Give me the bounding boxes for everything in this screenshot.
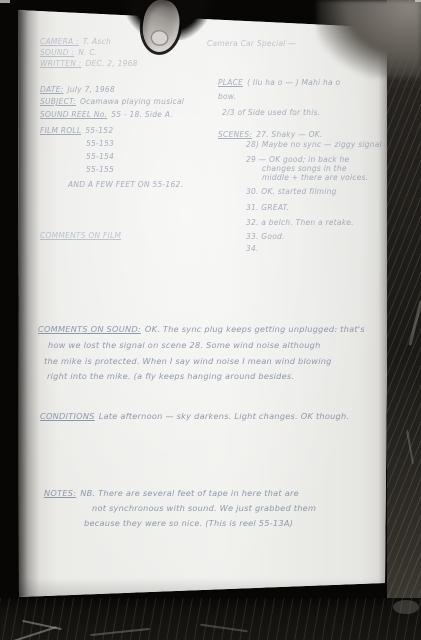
- film-roll-line: FILM ROLL 55-152: [40, 127, 113, 135]
- notes-line: because they were so nice. (This is reel…: [84, 519, 293, 527]
- ground-bottom-strip: [0, 598, 421, 640]
- scene-line: 30. OK. started filming: [246, 188, 337, 196]
- film-roll-cont-0: 55-153: [86, 140, 114, 148]
- sound-reel-line: SOUND REEL No. 55 - 18. Side A.: [40, 111, 173, 119]
- scene-line-34: 34.: [246, 245, 259, 253]
- film-roll-value: 55-152: [85, 127, 113, 135]
- camera-label: CAMERA :: [40, 38, 79, 46]
- scene-line: 29 — OK good; in back he: [246, 156, 349, 164]
- film-roll-label: FILM ROLL: [40, 127, 81, 135]
- scene-line: 33. Good.: [246, 233, 285, 241]
- sound-value: N. C.: [78, 49, 97, 57]
- comments-sound-line: the mike is protected. When I say wind n…: [44, 357, 332, 365]
- place-value: ( Ilu ha o — ) Mahi ha o: [247, 79, 340, 87]
- comments-film-line: COMMENTS ON FILM: [40, 232, 121, 240]
- place-line: PLACE ( Ilu ha o — ) Mahi ha o: [218, 79, 340, 87]
- scene-line: 34.: [246, 245, 259, 253]
- scenes-label: SCENES:: [218, 131, 252, 139]
- film-roll-cont: 55-154: [86, 153, 114, 161]
- corner-sliver: [0, 0, 10, 3]
- written-value: DEC. 2, 1968: [86, 60, 138, 68]
- written-label: WRITTEN :: [40, 60, 82, 68]
- subject-continuation: bow.: [218, 93, 236, 101]
- camera-value: T. Asch: [83, 38, 111, 46]
- scene-line-28: 28) Maybe no sync — ziggy signal: [246, 141, 382, 149]
- scene-line-30: 30. OK. started filming: [246, 188, 337, 196]
- scene-line-29-wrap1: changes songs in the: [262, 165, 347, 173]
- notes-label: NOTES:: [44, 489, 76, 497]
- notes-line-0: NB. There are several feet of tape in he…: [80, 489, 299, 497]
- film-roll-extra-line: AND A FEW FEET ON 55-162.: [68, 181, 183, 189]
- film-roll-cont-1: 55-154: [86, 153, 114, 161]
- sound-reel-label: SOUND REEL No.: [40, 111, 107, 119]
- scene-line: 28) Maybe no sync — ziggy signal: [246, 141, 382, 149]
- film-roll-cont-2: 55-155: [86, 166, 114, 174]
- comments-sound-line-1: how we lost the signal on scene 28. Some…: [48, 341, 321, 349]
- camera-line: CAMERA : T. Asch: [40, 38, 111, 46]
- scene-line-32: 32. a belch. Then a retake.: [246, 219, 354, 227]
- scene-line-27: 27. Shaky — OK.: [256, 131, 322, 139]
- scene-line-29: 29 — OK good; in back he: [246, 156, 349, 164]
- photograph-of-notebook: CAMERA : T. Asch SOUND : N. C. WRITTEN :…: [0, 0, 421, 640]
- comments-sound-header: COMMENTS ON SOUND: OK. The sync plug kee…: [38, 325, 365, 333]
- conditions-label: CONDITIONS: [40, 412, 95, 420]
- handwriting-layer: CAMERA : T. Asch SOUND : N. C. WRITTEN :…: [0, 0, 421, 640]
- sound-reel-value: 55 - 18. Side A.: [111, 111, 173, 119]
- comments-film-label: COMMENTS ON FILM: [40, 232, 121, 240]
- conditions-line: CONDITIONS Late afternoon — sky darkens.…: [40, 412, 349, 420]
- date-line: DATE: July 7, 1968: [40, 86, 115, 94]
- comments-sound-label: COMMENTS ON SOUND:: [38, 325, 141, 333]
- subject-cont-text: bow.: [218, 93, 236, 101]
- scene-line-31: 31. GREAT.: [246, 204, 289, 212]
- notes-header: NOTES: NB. There are several feet of tap…: [44, 489, 299, 497]
- film-roll-cont: 55-155: [86, 166, 114, 174]
- comments-sound-line-3: right into the mike. (a fly keeps hangin…: [47, 372, 294, 380]
- corner-sliver: [415, 0, 421, 2]
- film-roll-extra-text: AND A FEW FEET ON 55-162.: [68, 181, 183, 189]
- thumb-nail: [150, 29, 170, 47]
- conditions-text: Late afternoon — sky darkens. Light chan…: [99, 412, 350, 420]
- scenes-header-line: SCENES: 27. Shaky — OK.: [218, 131, 323, 139]
- subject-label: SUBJECT:: [40, 98, 76, 106]
- sound-line: SOUND : N. C.: [40, 49, 97, 57]
- ground-top-right-corner: [317, 0, 421, 78]
- scene-line: 32. a belch. Then a retake.: [246, 219, 354, 227]
- scene-line: middle + there are voices.: [262, 174, 368, 182]
- notes-line-2: because they were so nice. (This is reel…: [84, 519, 293, 527]
- straw-patch: [393, 600, 419, 614]
- comments-sound-line: right into the mike. (a fly keeps hangin…: [47, 372, 294, 380]
- date-value: July 7, 1968: [67, 86, 115, 94]
- notes-line: not synchronous with sound. We just grab…: [92, 504, 316, 512]
- subject-line: SUBJECT: Ocamawa playing musical: [40, 98, 184, 106]
- notes-line-1: not synchronous with sound. We just grab…: [92, 504, 316, 512]
- side-used-text: 2/3 of Side used for this.: [222, 109, 320, 117]
- scene-line: changes songs in the: [262, 165, 347, 173]
- subject-value: Ocamawa playing musical: [80, 98, 184, 106]
- comments-sound-line: how we lost the signal on scene 28. Some…: [48, 341, 321, 349]
- side-used-line: 2/3 of Side used for this.: [222, 109, 320, 117]
- scene-line-29-wrap2: middle + there are voices.: [262, 174, 368, 182]
- film-roll-cont: 55-153: [86, 140, 114, 148]
- comments-sound-line-0: OK. The sync plug keeps getting unplugge…: [145, 325, 365, 333]
- title-right: Camera Car Special —: [207, 40, 296, 48]
- date-label: DATE:: [40, 86, 63, 94]
- written-line: WRITTEN : DEC. 2, 1968: [40, 60, 138, 68]
- place-label: PLACE: [218, 79, 243, 87]
- scene-line-33: 33. Good.: [246, 233, 285, 241]
- scene-line: 31. GREAT.: [246, 204, 289, 212]
- title-right-text: Camera Car Special —: [207, 40, 296, 48]
- sound-label: SOUND :: [40, 49, 74, 57]
- comments-sound-line-2: the mike is protected. When I say wind n…: [44, 357, 332, 365]
